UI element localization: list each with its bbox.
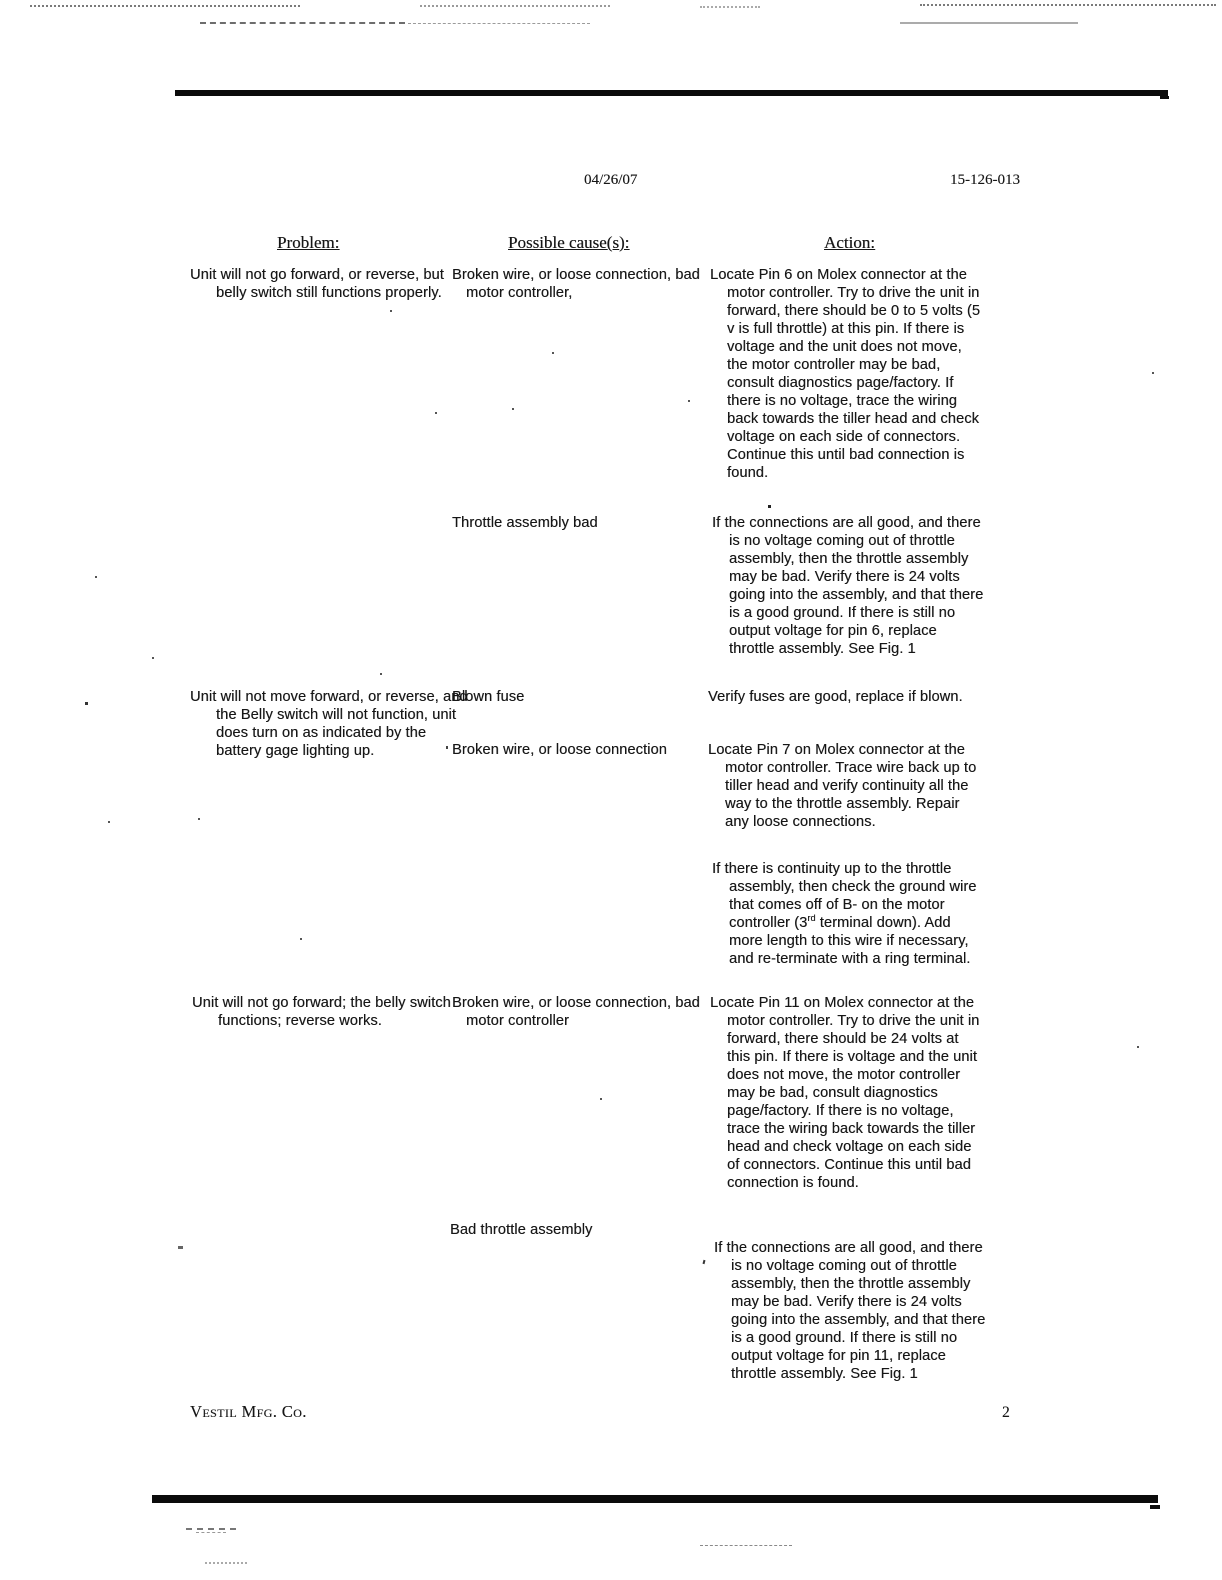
cause-text: Broken wire, or loose connection, bad mo…: [452, 266, 706, 302]
problem-text: Unit will not go forward; the belly swit…: [192, 994, 470, 1030]
scan-noise-dots: [700, 6, 760, 8]
scan-noise-dots: [420, 5, 610, 7]
scan-speck: [435, 412, 437, 414]
scan-speck: [552, 352, 554, 354]
top-rule-end-tick: [1160, 96, 1169, 99]
action-text: If there is continuity up to the throttl…: [712, 860, 985, 968]
scan-speck: [390, 310, 392, 312]
scan-noise-dashes: [200, 22, 405, 24]
header-date: 04/26/07: [584, 172, 637, 189]
action-text: If the connections are all good, and the…: [712, 514, 985, 658]
action-text: Locate Pin 7 on Molex connector at the m…: [708, 741, 981, 831]
scan-speck: [198, 818, 200, 820]
scan-speck: [703, 1260, 706, 1264]
scan-speck: [446, 746, 448, 749]
scan-speck: [152, 657, 154, 659]
cause-text: Broken wire, or loose connection: [452, 741, 706, 759]
scan-speck: [600, 1098, 602, 1100]
scan-noise-dashes: [700, 1545, 792, 1546]
scan-speck: [737, 366, 739, 368]
column-header-action: Action:: [824, 233, 875, 253]
scan-noise-line: [900, 22, 1078, 24]
cause-text: Blown fuse: [452, 688, 706, 706]
scan-noise-dots: [205, 1562, 247, 1564]
footer-company-name: Vestil Mfg. Co.: [190, 1402, 307, 1422]
action-text: Locate Pin 11 on Molex connector at the …: [710, 994, 983, 1192]
scan-speck: [1152, 372, 1154, 374]
cause-text: Throttle assembly bad: [452, 514, 706, 532]
scan-speck: [108, 821, 110, 823]
cause-text: Bad throttle assembly: [450, 1221, 704, 1239]
scan-speck: [300, 938, 302, 940]
problem-text: Unit will not go forward, or reverse, bu…: [190, 266, 468, 302]
bottom-rule-end-tick: [1150, 1505, 1160, 1509]
scan-speck: [768, 505, 771, 508]
column-header-cause: Possible cause(s):: [508, 233, 629, 253]
scan-speck: [1137, 1046, 1139, 1048]
scan-noise-scribble: [196, 1532, 226, 1533]
scan-noise-dots: [30, 5, 300, 7]
action-text: Locate Pin 6 on Molex connector at the m…: [710, 266, 983, 482]
page-number: 2: [1002, 1404, 1010, 1422]
cause-text: Broken wire, or loose connection, bad mo…: [452, 994, 706, 1030]
scanned-document-page: 04/26/07 15-126-013 Problem: Possible ca…: [0, 0, 1222, 1580]
scan-speck: [85, 702, 88, 705]
scan-speck: [512, 408, 514, 410]
bottom-horizontal-rule: [152, 1495, 1158, 1503]
column-header-problem: Problem:: [277, 233, 339, 253]
scan-speck: [178, 1246, 183, 1249]
scan-noise-dashes: [408, 23, 590, 24]
problem-text: Unit will not move forward, or reverse, …: [190, 688, 468, 760]
scan-speck: [95, 576, 97, 578]
ordinal-superscript: rd: [807, 913, 815, 923]
scan-noise-dots: [920, 4, 1216, 6]
scan-noise-scribble: [186, 1528, 236, 1530]
header-doc-number: 15-126-013: [950, 172, 1020, 189]
scan-speck: [380, 673, 382, 675]
action-text: If the connections are all good, and the…: [714, 1239, 987, 1383]
top-horizontal-rule: [175, 90, 1168, 96]
scan-speck: [688, 400, 690, 402]
action-text: Verify fuses are good, replace if blown.: [708, 688, 981, 706]
